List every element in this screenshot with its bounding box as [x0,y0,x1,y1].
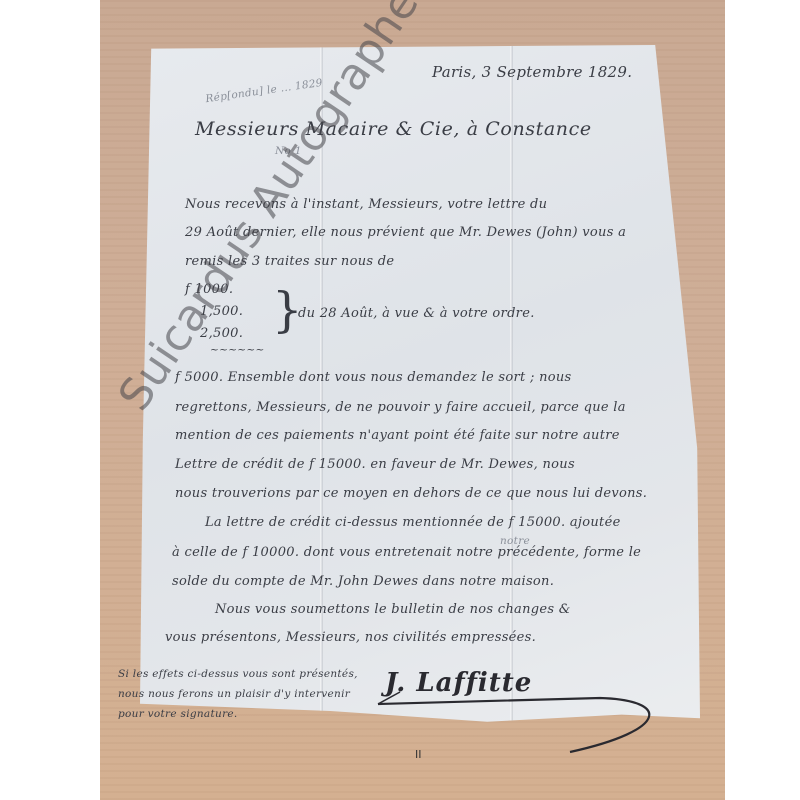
body-line: vous présentons, Messieurs, nos civilité… [165,630,536,645]
body-line: Lettre de crédit de f 15000. en faveur d… [175,457,575,472]
draft-note: du 28 Août, à vue & à votre ordre. [298,306,535,321]
body-line: Nous vous soumettons le bulletin de nos … [215,602,571,617]
postscript-line: Si les effets ci-dessus vous sont présen… [118,668,358,680]
body-line: nous trouverions par ce moyen en dehors … [175,486,647,501]
addressee-line: Messieurs Macaire & Cie, à Constance [195,118,592,140]
draft-underline: ~~~~~~ [210,344,265,356]
body-line: à celle de f 10000. dont vous entretenai… [172,545,641,560]
date-line: Paris, 3 Septembre 1829. [432,63,632,81]
body-line: f 5000. Ensemble dont vous nous demandez… [175,370,572,385]
postscript-line: pour votre signature. [118,708,238,720]
body-line: La lettre de crédit ci-dessus mentionnée… [205,515,621,530]
body-line: mention de ces paiements n'ayant point é… [175,428,620,443]
page-mark: II [415,748,422,761]
body-line: solde du compte de Mr. John Dewes dans n… [172,574,554,589]
postscript-line: nous nous ferons un plaisir d'y interven… [118,688,350,700]
body-line: regrettons, Messieurs, de ne pouvoir y f… [175,400,626,415]
